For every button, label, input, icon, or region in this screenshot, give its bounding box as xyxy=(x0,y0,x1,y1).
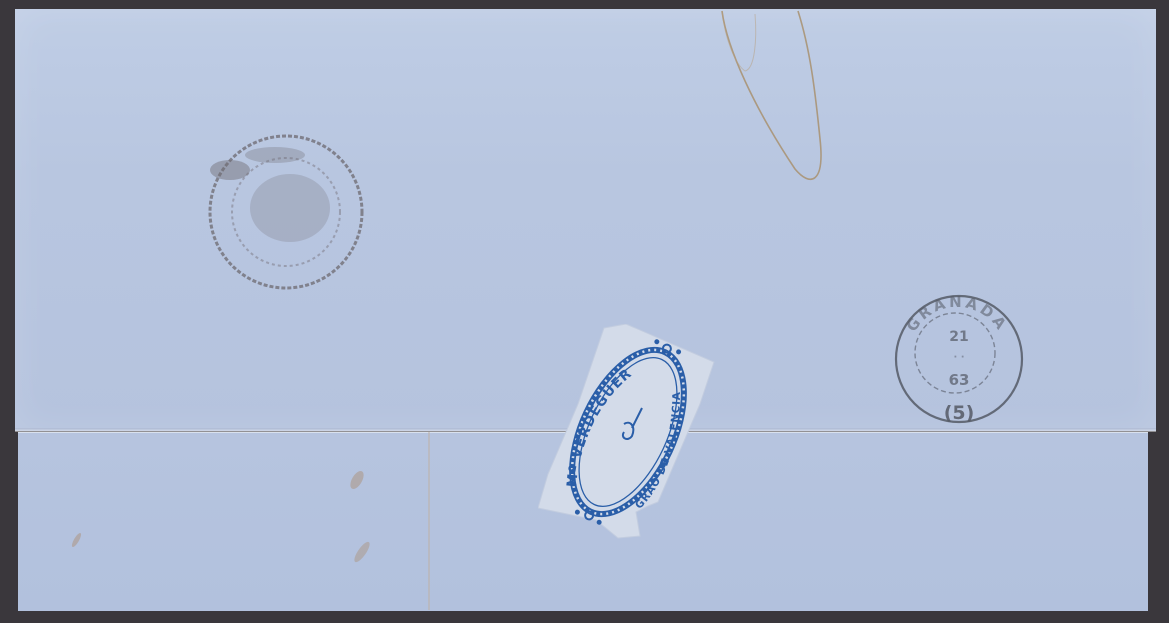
datestamp-day: 21 xyxy=(949,329,968,345)
manuscript-pen-mark xyxy=(715,9,835,189)
backstamp-smudged xyxy=(200,130,370,295)
sender-label: Mº VERDEGUER GRAO DE VALENCIA xyxy=(538,324,718,542)
datestamp-number: (5) xyxy=(944,402,975,424)
paper-crease xyxy=(428,432,430,610)
datestamp-year: 63 xyxy=(949,371,970,389)
datestamp-month: · · xyxy=(953,352,964,363)
datestamp-granada: GRANADA 21 · · 63 (5) xyxy=(893,289,1027,431)
